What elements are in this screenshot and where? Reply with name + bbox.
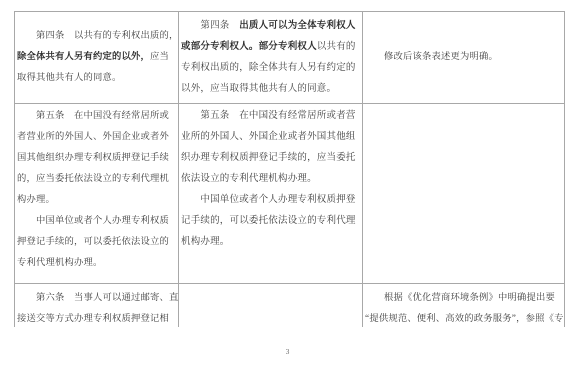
cell-article-4-old-text: 第四条 以共有的专利权出质的，除全体共有人另有约定的以外，应当取得其他共有人的同… [15, 12, 179, 103]
text-line: 的，应当委托依法设立的专利代理机 [17, 169, 176, 190]
cell-article-5-old-text: 第五条 在中国没有经常居所或者营业所的外国人、外国企业或者外国其他组织办理专利权… [15, 104, 179, 283]
cell-article-6-new-text [179, 284, 363, 327]
text-line: 者营业所的外国人、外国企业或者外 [17, 127, 176, 148]
text-line: 中国单位或者个人办理专利权质 [17, 211, 176, 232]
page-number: 3 [0, 347, 575, 356]
text-line: 第六条 当事人可以通过邮寄、直 [17, 288, 176, 309]
text-line: 以外，应当取得其他共有人的同意。 [181, 79, 360, 100]
text-line: 接送交等方式办理专利权质押登记相 [17, 309, 176, 327]
text-line: 修改后该条表述更为明确。 [365, 47, 562, 68]
table-row-article-5: 第五条 在中国没有经常居所或者营业所的外国人、外国企业或者外国其他组织办理专利权… [15, 104, 565, 284]
cell-article-4-new-text: 第四条 出质人可以为全体专利权人或部分专利权人。部分专利权人以共有的专利权出质的… [179, 12, 363, 103]
text-line: 中国单位或者个人办理专利权质押登 [181, 190, 360, 211]
cell-article-5-remark [363, 104, 565, 283]
text-line: 第四条 以共有的专利权出质的， [17, 26, 176, 47]
text-line: 第四条 出质人可以为全体专利权人 [181, 16, 360, 37]
text-line: 专利代理机构办理。 [17, 253, 176, 274]
cell-article-5-new-text: 第五条 在中国没有经常居所或者营业所的外国人、外国企业或者外国其他组织办理专利权… [179, 104, 363, 283]
comparison-table: 第四条 以共有的专利权出质的，除全体共有人另有约定的以外，应当取得其他共有人的同… [14, 11, 565, 327]
text-line: 记手续的，可以委托依法设立的专利代理 [181, 211, 360, 232]
text-line: 业所的外国人、外国企业或者外国其他组 [181, 127, 360, 148]
cell-article-6-old-text: 第六条 当事人可以通过邮寄、直接送交等方式办理专利权质押登记相 [15, 284, 179, 327]
text-line: 取得其他共有人的同意。 [17, 68, 176, 89]
text-line: 第五条 在中国没有经常居所或者营 [181, 106, 360, 127]
text-line: 织办理专利权质押登记手续的，应当委托 [181, 148, 360, 169]
text-line: 或部分专利权人。部分专利权人以共有的 [181, 37, 360, 58]
text-line: 机构办理。 [181, 232, 360, 253]
text-line: 除全体共有人另有约定的以外，应当 [17, 47, 176, 68]
document-page: { "page": { "number": "3" }, "table": { … [0, 0, 575, 369]
text-line: 第五条 在中国没有经常居所或 [17, 106, 176, 127]
table-row-article-4: 第四条 以共有的专利权出质的，除全体共有人另有约定的以外，应当取得其他共有人的同… [15, 12, 565, 104]
text-line: “提供规范、便利、高效的政务服务”，参照《专 [365, 309, 562, 327]
text-line: 根据《优化营商环境条例》中明确提出要 [365, 288, 562, 309]
text-line: 国其他组织办理专利权质押登记手续 [17, 148, 176, 169]
text-line: 押登记手续的，可以委托依法设立的 [17, 232, 176, 253]
text-line: 依法设立的专利代理机构办理。 [181, 169, 360, 190]
table-row-article-6: 第六条 当事人可以通过邮寄、直接送交等方式办理专利权质押登记相 根据《优化营商环… [15, 284, 565, 327]
text-line: 构办理。 [17, 190, 176, 211]
text-line: 专利权出质的，除全体共有人另有约定的 [181, 58, 360, 79]
cell-article-6-remark: 根据《优化营商环境条例》中明确提出要“提供规范、便利、高效的政务服务”，参照《专 [363, 284, 565, 327]
cell-article-4-remark: 修改后该条表述更为明确。 [363, 12, 565, 103]
